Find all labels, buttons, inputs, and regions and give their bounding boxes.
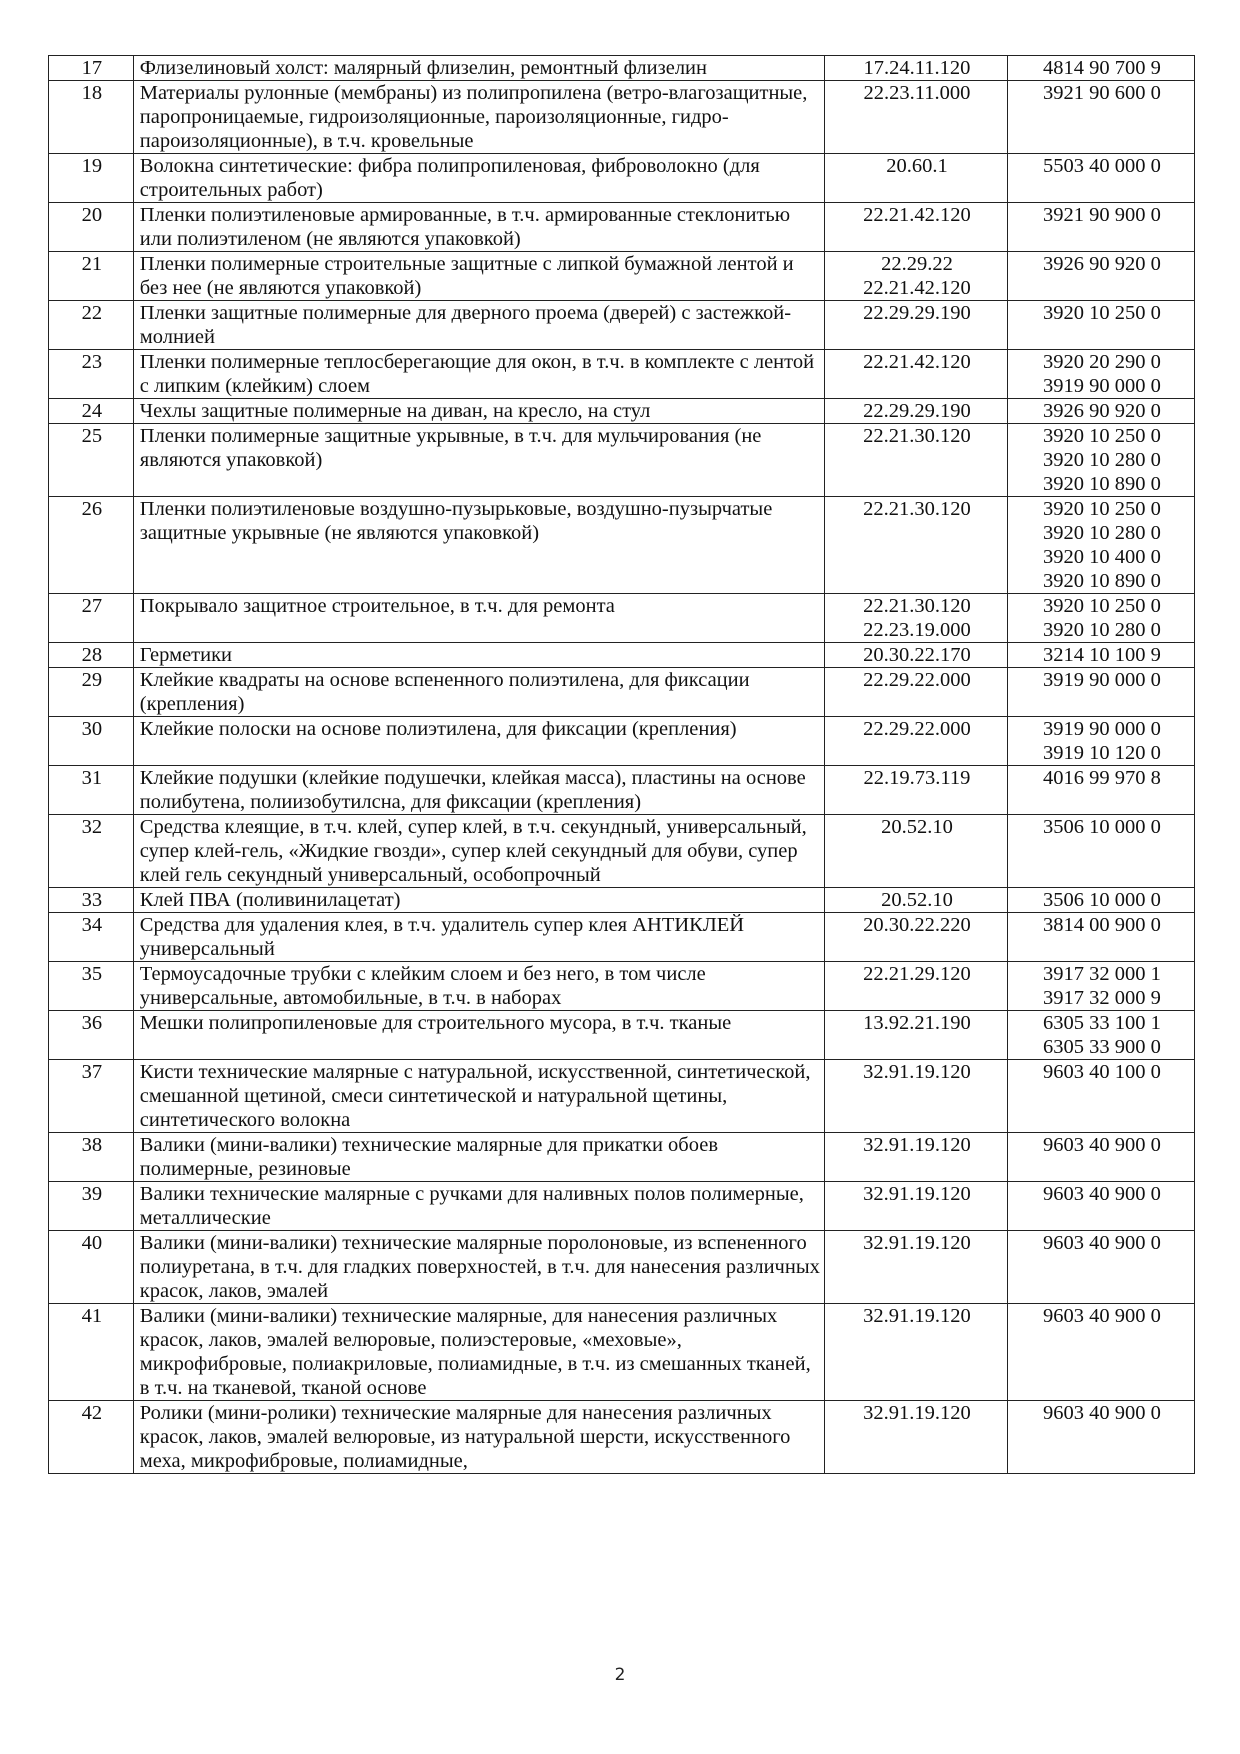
okpd-code: 22.23.11.000 [825, 81, 1008, 154]
okpd-code: 13.92.21.190 [825, 1011, 1008, 1060]
table-row: 33 Клей ПВА (поливинилацетат) 20.52.10 3… [49, 888, 1195, 913]
tnved-code-line: 3919 90 000 0 [1014, 374, 1190, 398]
row-number: 18 [49, 81, 134, 154]
table-row: 20 Пленки полиэтиленовые армированные, в… [49, 203, 1195, 252]
row-number: 27 [49, 594, 134, 643]
okpd-code: 32.91.19.120 [825, 1401, 1008, 1474]
page-number: 2 [0, 1665, 1240, 1685]
tnved-code: 3919 90 000 0 [1007, 668, 1194, 717]
tnved-code-line: 3917 32 000 1 [1014, 962, 1190, 986]
okpd-code-line: 20.30.22.170 [831, 643, 1003, 667]
tnved-code: 3920 20 290 03919 90 000 0 [1007, 350, 1194, 399]
product-name: Валики (мини-валики) технические малярны… [133, 1133, 824, 1182]
product-codes-table: 17 Флизелиновый холст: малярный флизелин… [48, 55, 1195, 1474]
tnved-code-line: 3920 10 400 0 [1014, 545, 1190, 569]
row-number: 20 [49, 203, 134, 252]
okpd-code-line: 22.29.22 [831, 252, 1003, 276]
okpd-code: 22.21.30.120 [825, 424, 1008, 497]
row-number: 25 [49, 424, 134, 497]
okpd-code: 22.29.22.000 [825, 668, 1008, 717]
okpd-code-line: 20.30.22.220 [831, 913, 1003, 937]
row-number: 21 [49, 252, 134, 301]
tnved-code: 3920 10 250 03920 10 280 0 [1007, 594, 1194, 643]
table-body: 17 Флизелиновый холст: малярный флизелин… [49, 56, 1195, 1474]
tnved-code: 3920 10 250 03920 10 280 03920 10 890 0 [1007, 424, 1194, 497]
tnved-code: 3506 10 000 0 [1007, 815, 1194, 888]
table-row: 39 Валики технические малярные с ручками… [49, 1182, 1195, 1231]
product-name: Пленки полимерные строительные защитные … [133, 252, 824, 301]
row-number: 41 [49, 1304, 134, 1401]
product-name: Валики (мини-валики) технические малярны… [133, 1304, 824, 1401]
tnved-code: 9603 40 900 0 [1007, 1401, 1194, 1474]
tnved-code: 3919 90 000 03919 10 120 0 [1007, 717, 1194, 766]
tnved-code-line: 3920 10 280 0 [1014, 618, 1190, 642]
tnved-code: 3921 90 900 0 [1007, 203, 1194, 252]
okpd-code: 20.52.10 [825, 888, 1008, 913]
row-number: 22 [49, 301, 134, 350]
tnved-code-line: 6305 33 900 0 [1014, 1035, 1190, 1059]
row-number: 34 [49, 913, 134, 962]
okpd-code-line: 22.21.29.120 [831, 962, 1003, 986]
tnved-code-line: 3919 90 000 0 [1014, 717, 1190, 741]
product-name: Валики технические малярные с ручками дл… [133, 1182, 824, 1231]
product-name: Покрывало защитное строительное, в т.ч. … [133, 594, 824, 643]
product-name: Кисти технические малярные с натуральной… [133, 1060, 824, 1133]
okpd-code: 32.91.19.120 [825, 1182, 1008, 1231]
okpd-code: 17.24.11.120 [825, 56, 1008, 81]
row-number: 32 [49, 815, 134, 888]
tnved-code-line: 3920 20 290 0 [1014, 350, 1190, 374]
tnved-code: 3814 00 900 0 [1007, 913, 1194, 962]
product-name: Пленки защитные полимерные для дверного … [133, 301, 824, 350]
okpd-code: 32.91.19.120 [825, 1060, 1008, 1133]
okpd-code: 22.29.29.190 [825, 301, 1008, 350]
okpd-code: 22.21.29.120 [825, 962, 1008, 1011]
tnved-code: 3920 10 250 0 [1007, 301, 1194, 350]
product-name: Клейкие полоски на основе полиэтилена, д… [133, 717, 824, 766]
table-row: 23 Пленки полимерные теплосберегающие дл… [49, 350, 1195, 399]
row-number: 38 [49, 1133, 134, 1182]
tnved-code-line: 4016 99 970 8 [1014, 766, 1190, 790]
tnved-code-line: 3920 10 250 0 [1014, 424, 1190, 448]
document-page: 17 Флизелиновый холст: малярный флизелин… [0, 0, 1240, 1754]
okpd-code: 22.19.73.119 [825, 766, 1008, 815]
tnved-code: 3926 90 920 0 [1007, 399, 1194, 424]
table-row: 27 Покрывало защитное строительное, в т.… [49, 594, 1195, 643]
tnved-code: 9603 40 900 0 [1007, 1304, 1194, 1401]
tnved-code: 4016 99 970 8 [1007, 766, 1194, 815]
tnved-code-line: 9603 40 900 0 [1014, 1182, 1190, 1206]
row-number: 40 [49, 1231, 134, 1304]
row-number: 31 [49, 766, 134, 815]
table-row: 25 Пленки полимерные защитные укрывные, … [49, 424, 1195, 497]
tnved-code-line: 3920 10 890 0 [1014, 472, 1190, 496]
product-name: Чехлы защитные полимерные на диван, на к… [133, 399, 824, 424]
tnved-code-line: 3920 10 250 0 [1014, 594, 1190, 618]
tnved-code: 9603 40 100 0 [1007, 1060, 1194, 1133]
product-name: Средства клеящие, в т.ч. клей, супер кле… [133, 815, 824, 888]
tnved-code: 3917 32 000 13917 32 000 9 [1007, 962, 1194, 1011]
table-row: 40 Валики (мини-валики) технические маля… [49, 1231, 1195, 1304]
tnved-code-line: 3920 10 250 0 [1014, 497, 1190, 521]
tnved-code-line: 3214 10 100 9 [1014, 643, 1190, 667]
product-name: Волокна синтетические: фибра полипропиле… [133, 154, 824, 203]
okpd-code-line: 20.60.1 [831, 154, 1003, 178]
okpd-code: 22.21.30.120 [825, 497, 1008, 594]
tnved-code: 9603 40 900 0 [1007, 1231, 1194, 1304]
okpd-code: 22.29.22.000 [825, 717, 1008, 766]
row-number: 37 [49, 1060, 134, 1133]
table-row: 18 Материалы рулонные (мембраны) из поли… [49, 81, 1195, 154]
okpd-code: 32.91.19.120 [825, 1231, 1008, 1304]
tnved-code-line: 9603 40 100 0 [1014, 1060, 1190, 1084]
okpd-code-line: 22.23.19.000 [831, 618, 1003, 642]
product-name: Термоусадочные трубки с клейким слоем и … [133, 962, 824, 1011]
table-row: 22 Пленки защитные полимерные для дверно… [49, 301, 1195, 350]
table-row: 37 Кисти технические малярные с натураль… [49, 1060, 1195, 1133]
product-name: Клей ПВА (поливинилацетат) [133, 888, 824, 913]
okpd-code: 32.91.19.120 [825, 1133, 1008, 1182]
okpd-code: 32.91.19.120 [825, 1304, 1008, 1401]
product-name: Пленки полиэтиленовые воздушно-пузырьков… [133, 497, 824, 594]
okpd-code: 20.30.22.220 [825, 913, 1008, 962]
okpd-code-line: 22.21.30.120 [831, 497, 1003, 521]
okpd-code-line: 22.21.42.120 [831, 350, 1003, 374]
tnved-code-line: 9603 40 900 0 [1014, 1133, 1190, 1157]
row-number: 30 [49, 717, 134, 766]
table-row: 17 Флизелиновый холст: малярный флизелин… [49, 56, 1195, 81]
tnved-code-line: 3919 90 000 0 [1014, 668, 1190, 692]
tnved-code-line: 3920 10 280 0 [1014, 448, 1190, 472]
tnved-code-line: 3921 90 600 0 [1014, 81, 1190, 105]
row-number: 24 [49, 399, 134, 424]
product-name: Пленки полимерные защитные укрывные, в т… [133, 424, 824, 497]
okpd-code-line: 22.29.22.000 [831, 717, 1003, 741]
table-row: 21 Пленки полимерные строительные защитн… [49, 252, 1195, 301]
tnved-code-line: 3920 10 250 0 [1014, 301, 1190, 325]
okpd-code-line: 32.91.19.120 [831, 1133, 1003, 1157]
okpd-code-line: 32.91.19.120 [831, 1401, 1003, 1425]
product-name: Валики (мини-валики) технические малярны… [133, 1231, 824, 1304]
product-name: Мешки полипропиленовые для строительного… [133, 1011, 824, 1060]
tnved-code-line: 9603 40 900 0 [1014, 1304, 1190, 1328]
product-name: Ролики (мини-ролики) технические малярны… [133, 1401, 824, 1474]
product-name: Средства для удаления клея, в т.ч. удали… [133, 913, 824, 962]
table-row: 36 Мешки полипропиленовые для строительн… [49, 1011, 1195, 1060]
product-name: Герметики [133, 643, 824, 668]
table-row: 24 Чехлы защитные полимерные на диван, н… [49, 399, 1195, 424]
okpd-code-line: 32.91.19.120 [831, 1060, 1003, 1084]
table-row: 31 Клейкие подушки (клейкие подушечки, к… [49, 766, 1195, 815]
tnved-code: 3921 90 600 0 [1007, 81, 1194, 154]
tnved-code-line: 3506 10 000 0 [1014, 815, 1190, 839]
row-number: 17 [49, 56, 134, 81]
product-name: Пленки полиэтиленовые армированные, в т.… [133, 203, 824, 252]
tnved-code-line: 9603 40 900 0 [1014, 1231, 1190, 1255]
row-number: 26 [49, 497, 134, 594]
table-row: 35 Термоусадочные трубки с клейким слоем… [49, 962, 1195, 1011]
tnved-code: 5503 40 000 0 [1007, 154, 1194, 203]
tnved-code-line: 3920 10 890 0 [1014, 569, 1190, 593]
okpd-code-line: 32.91.19.120 [831, 1182, 1003, 1206]
tnved-code-line: 5503 40 000 0 [1014, 154, 1190, 178]
okpd-code: 22.29.2222.21.42.120 [825, 252, 1008, 301]
table-row: 41 Валики (мини-валики) технические маля… [49, 1304, 1195, 1401]
okpd-code: 20.30.22.170 [825, 643, 1008, 668]
table-row: 34 Средства для удаления клея, в т.ч. уд… [49, 913, 1195, 962]
row-number: 33 [49, 888, 134, 913]
tnved-code-line: 3814 00 900 0 [1014, 913, 1190, 937]
product-name: Материалы рулонные (мембраны) из полипро… [133, 81, 824, 154]
tnved-code-line: 3926 90 920 0 [1014, 252, 1190, 276]
table-row: 42 Ролики (мини-ролики) технические маля… [49, 1401, 1195, 1474]
row-number: 29 [49, 668, 134, 717]
tnved-code: 6305 33 100 16305 33 900 0 [1007, 1011, 1194, 1060]
row-number: 35 [49, 962, 134, 1011]
row-number: 39 [49, 1182, 134, 1231]
product-name: Клейкие квадраты на основе вспененного п… [133, 668, 824, 717]
tnved-code-line: 3920 10 280 0 [1014, 521, 1190, 545]
okpd-code-line: 20.52.10 [831, 888, 1003, 912]
tnved-code: 3214 10 100 9 [1007, 643, 1194, 668]
okpd-code-line: 17.24.11.120 [831, 56, 1003, 80]
okpd-code: 22.21.30.12022.23.19.000 [825, 594, 1008, 643]
tnved-code: 9603 40 900 0 [1007, 1133, 1194, 1182]
table-row: 26 Пленки полиэтиленовые воздушно-пузырь… [49, 497, 1195, 594]
okpd-code: 22.29.29.190 [825, 399, 1008, 424]
tnved-code-line: 9603 40 900 0 [1014, 1401, 1190, 1425]
okpd-code-line: 13.92.21.190 [831, 1011, 1003, 1035]
okpd-code-line: 20.52.10 [831, 815, 1003, 839]
row-number: 28 [49, 643, 134, 668]
tnved-code: 9603 40 900 0 [1007, 1182, 1194, 1231]
tnved-code-line: 4814 90 700 9 [1014, 56, 1190, 80]
okpd-code: 20.60.1 [825, 154, 1008, 203]
product-name: Клейкие подушки (клейкие подушечки, клей… [133, 766, 824, 815]
tnved-code-line: 3921 90 900 0 [1014, 203, 1190, 227]
okpd-code-line: 22.21.42.120 [831, 276, 1003, 300]
tnved-code: 3506 10 000 0 [1007, 888, 1194, 913]
tnved-code-line: 3506 10 000 0 [1014, 888, 1190, 912]
table-row: 32 Средства клеящие, в т.ч. клей, супер … [49, 815, 1195, 888]
tnved-code-line: 3919 10 120 0 [1014, 741, 1190, 765]
product-name: Флизелиновый холст: малярный флизелин, р… [133, 56, 824, 81]
table-row: 29 Клейкие квадраты на основе вспененног… [49, 668, 1195, 717]
row-number: 19 [49, 154, 134, 203]
okpd-code: 22.21.42.120 [825, 350, 1008, 399]
row-number: 42 [49, 1401, 134, 1474]
okpd-code-line: 22.29.29.190 [831, 301, 1003, 325]
tnved-code-line: 6305 33 100 1 [1014, 1011, 1190, 1035]
table-row: 30 Клейкие полоски на основе полиэтилена… [49, 717, 1195, 766]
tnved-code-line: 3926 90 920 0 [1014, 399, 1190, 423]
row-number: 23 [49, 350, 134, 399]
okpd-code-line: 22.29.29.190 [831, 399, 1003, 423]
okpd-code-line: 22.21.30.120 [831, 594, 1003, 618]
tnved-code: 4814 90 700 9 [1007, 56, 1194, 81]
tnved-code-line: 3917 32 000 9 [1014, 986, 1190, 1010]
okpd-code: 22.21.42.120 [825, 203, 1008, 252]
okpd-code-line: 22.29.22.000 [831, 668, 1003, 692]
okpd-code-line: 22.23.11.000 [831, 81, 1003, 105]
okpd-code-line: 22.21.42.120 [831, 203, 1003, 227]
okpd-code-line: 22.21.30.120 [831, 424, 1003, 448]
row-number: 36 [49, 1011, 134, 1060]
table-row: 28 Герметики 20.30.22.170 3214 10 100 9 [49, 643, 1195, 668]
okpd-code: 20.52.10 [825, 815, 1008, 888]
product-name: Пленки полимерные теплосберегающие для о… [133, 350, 824, 399]
table-row: 38 Валики (мини-валики) технические маля… [49, 1133, 1195, 1182]
tnved-code: 3920 10 250 03920 10 280 03920 10 400 03… [1007, 497, 1194, 594]
okpd-code-line: 22.19.73.119 [831, 766, 1003, 790]
table-row: 19 Волокна синтетические: фибра полипроп… [49, 154, 1195, 203]
okpd-code-line: 32.91.19.120 [831, 1231, 1003, 1255]
okpd-code-line: 32.91.19.120 [831, 1304, 1003, 1328]
tnved-code: 3926 90 920 0 [1007, 252, 1194, 301]
